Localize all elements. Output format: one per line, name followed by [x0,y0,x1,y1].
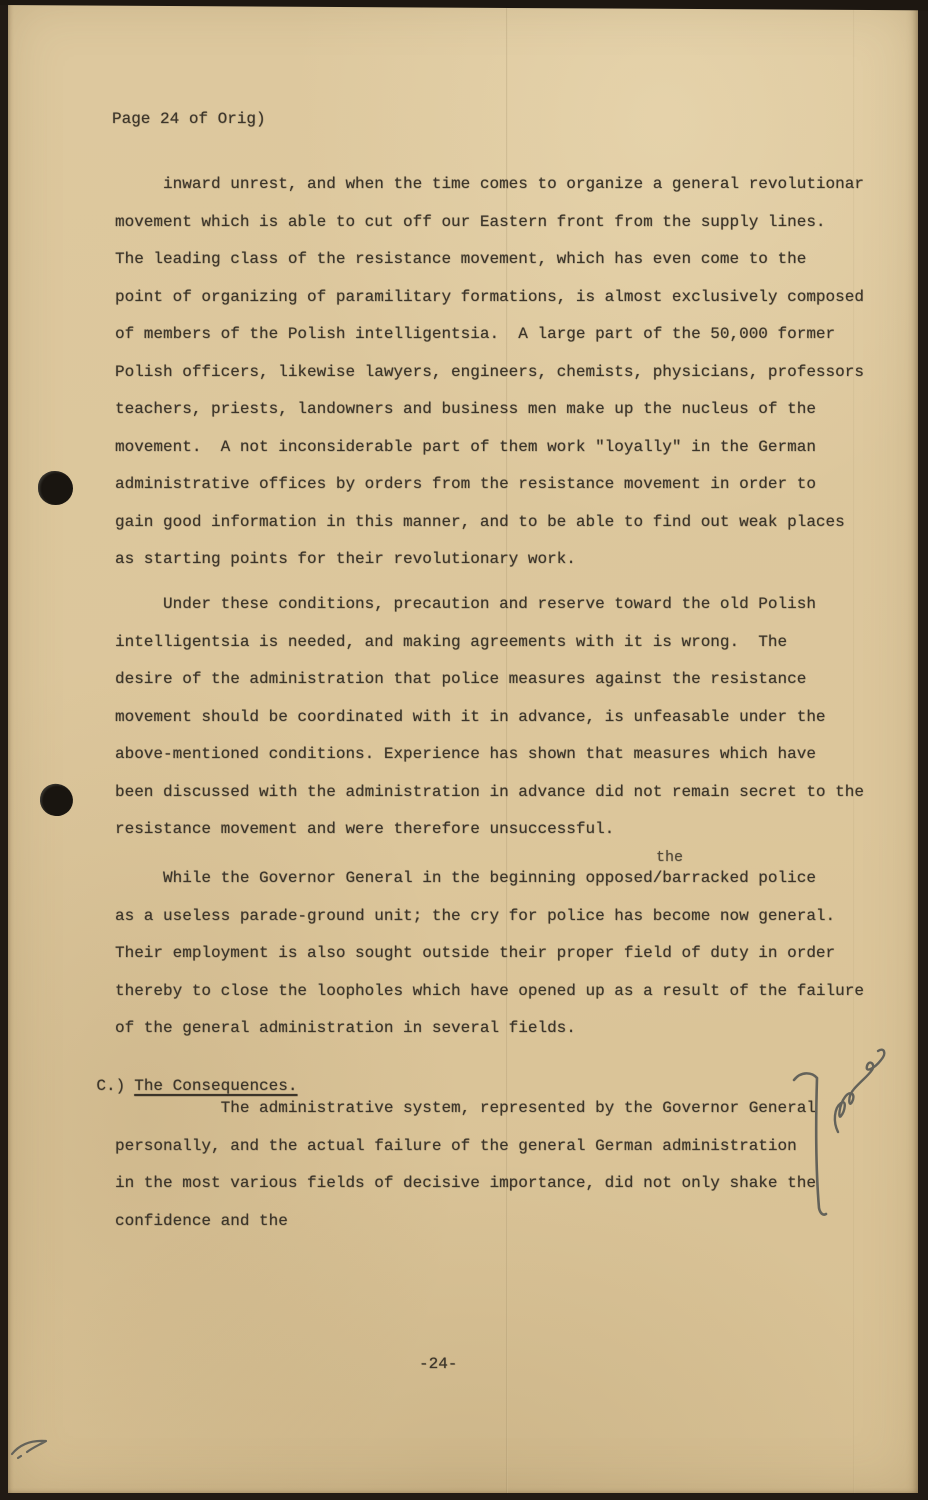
page-header: Page 24 of Orig) [112,101,266,139]
pencil-margin-annotation [778,1042,903,1227]
paragraph-4: The administrative system, represented b… [115,1090,816,1240]
hole-punch-top [38,471,73,505]
paragraph-1: inward unrest, and when the time comes t… [115,166,864,579]
paragraph-2: Under these conditions, precaution and r… [115,586,864,849]
scan-background: Page 24 of Orig) inward unrest, and when… [0,0,928,1500]
pencil-tick-stroke [12,1441,46,1458]
pencil-bottom-tick [6,1432,76,1468]
pencil-bracket [794,1073,826,1214]
pencil-scrawl [835,1050,884,1132]
page-number: -24- [419,1352,457,1376]
paragraph-3: While the Governor General in the beginn… [115,860,864,1048]
